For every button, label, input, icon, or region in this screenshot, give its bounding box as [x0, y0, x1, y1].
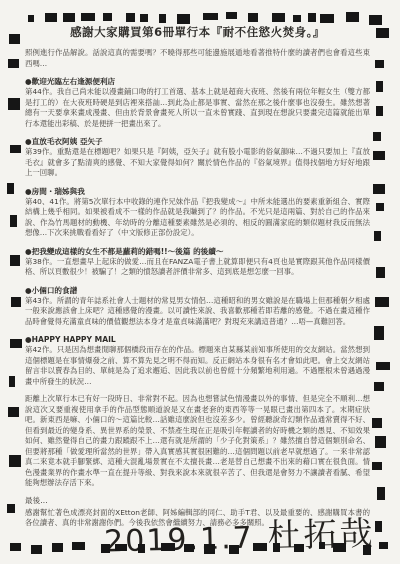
scan-mark	[9, 455, 20, 467]
scan-mark	[184, 544, 195, 552]
scan-mark	[273, 543, 280, 552]
section-room-sister: ●房間・瑞姊與我 第40、41作。將第5次單行本中收錄的連作兄妹作品『把我變成～…	[25, 186, 370, 239]
scan-mark	[103, 13, 112, 22]
scan-mark	[369, 15, 382, 25]
section-sweater-ayako: ●直放毛衣阿姨 亞矢子 第39作。重點還是在標題吧？如果只是『阿姨，亞矢子』就有…	[25, 136, 370, 179]
scan-mark	[101, 544, 109, 553]
scan-mark	[372, 418, 382, 428]
section-body: 第39作。重點還是在標題吧？如果只是『阿姨，亞矢子』就有股小電影的俗氣韻味…不過…	[25, 147, 370, 179]
scan-mark	[373, 151, 386, 160]
scan-mark	[319, 542, 325, 549]
scan-mark	[159, 14, 166, 24]
scan-mark	[374, 326, 384, 339]
scan-mark	[308, 13, 316, 22]
scan-mark	[31, 545, 43, 555]
scan-mark	[375, 60, 384, 67]
scan-mark	[8, 98, 20, 110]
section-loli-sequel: ●把我變成這樣的女生不都是蘿莉的錯嗎!!～後篇 的後續～ 第38作。一直想畫早上…	[25, 246, 370, 278]
section-convenience-store: ●歡迎光臨左右逢源便利店 第44作。我自己尚未能以漫畫鋪口吻的打工首選、基本上就…	[25, 76, 370, 129]
scan-mark	[204, 544, 215, 554]
scan-mark	[81, 13, 95, 22]
section-heading: ●歡迎光臨左右逢源便利店	[25, 76, 370, 87]
scan-mark	[177, 14, 190, 24]
scan-mark	[229, 545, 239, 555]
scan-mark	[10, 255, 20, 265]
scan-mark	[373, 184, 385, 194]
scan-mark	[294, 544, 303, 552]
scan-mark	[346, 12, 359, 22]
handwritten-signature: 2019.1.7杜拓哉	[104, 507, 377, 561]
scan-mark	[373, 132, 381, 141]
scan-mark	[63, 13, 75, 22]
scan-mark	[377, 487, 385, 500]
scan-mark	[203, 13, 218, 20]
scan-mark	[375, 436, 387, 448]
scan-mark	[10, 215, 17, 227]
scan-mark	[115, 544, 127, 552]
scan-mark	[375, 297, 389, 307]
scan-mark	[9, 34, 19, 44]
section-heading: ●把我變成這樣的女生不都是蘿莉的錯嗎!!～後篇 的後續～	[25, 246, 370, 257]
section-body: 第38作。一直想畫早上起床的做愛…而且在FANZA電子書上就算即便只有4頁也是實…	[25, 257, 370, 278]
scan-mark	[72, 542, 85, 550]
scan-mark	[374, 382, 384, 391]
scan-mark	[375, 521, 382, 532]
scan-mark	[293, 15, 301, 22]
scan-mark	[376, 81, 384, 92]
scan-mark	[161, 543, 175, 552]
scan-mark	[226, 12, 237, 19]
scan-mark	[7, 504, 15, 513]
closing-heading: 最後…	[25, 496, 370, 507]
section-body: 第42作。只是因為想畫閒聊那個橋段而存在的作品。標題來自某縣某前知事所使用的交友…	[25, 345, 370, 387]
scan-mark	[248, 13, 258, 21]
scan-mark	[253, 543, 267, 550]
scan-mark	[363, 545, 372, 555]
page-title: 感謝大家購買第6冊單行本『耐不住慾火焚身。』	[25, 24, 370, 40]
scan-mark	[126, 13, 135, 23]
section-heading: ●房間・瑞姊與我	[25, 186, 370, 197]
section-body: 第43作。所謂的青年誌系社會人士題材的常見男女情侶…這種昭和的男女雖說是在職場上…	[25, 296, 370, 328]
section-happy-happy-mail: ●HAPPY HAPPY MAIL 第42作。只是因為想畫閒聊那個橋段而存在的作…	[25, 334, 370, 387]
scan-mark	[8, 407, 19, 417]
afterword-page: 感謝大家購買第6冊單行本『耐不住慾火焚身。』 照例進行作品解說。話說這真的需要嗎…	[0, 0, 400, 564]
scan-mark	[376, 106, 383, 115]
scan-mark	[376, 362, 390, 370]
scan-mark	[10, 145, 21, 153]
scan-mark	[333, 543, 346, 552]
section-body: 第40、41作。將第5次單行本中收錄的連作兄妹作品『把我變成～』中所未能選出的要…	[25, 197, 370, 239]
scan-mark	[9, 376, 16, 386]
section-body: 第44作。我自己尚未能以漫畫鋪口吻的打工首選、基本上就是超商大夜班、然後有兩位年…	[25, 87, 370, 129]
intro-paragraph: 照例進行作品解說。話說這真的需要嗎？不曉得那些可能邊施展遁地看著推特什麼的讀者們…	[25, 48, 370, 69]
section-couple-recipe: ●小倆口的食譜 第43作。所謂的青年誌系社會人士題材的常見男女情侶…這種昭和的男…	[25, 285, 370, 328]
page-content: 感謝大家購買第6冊單行本『耐不住慾火焚身。』 照例進行作品解說。話說這真的需要嗎…	[25, 24, 370, 536]
scan-mark	[374, 231, 381, 241]
section-heading: ●直放毛衣阿姨 亞矢子	[25, 136, 370, 147]
scan-mark	[138, 544, 145, 553]
scan-mark	[379, 542, 388, 549]
scan-mark	[10, 543, 21, 551]
scan-mark	[52, 543, 63, 552]
scan-mark	[45, 13, 57, 21]
scan-mark	[376, 203, 383, 211]
afterword-paragraph: 距離上次單行本已有好一段時日、非常對不起。因為也想嘗試色情漫畫以外的事情、但是完…	[25, 394, 370, 489]
section-heading: ●小倆口的食譜	[25, 285, 370, 296]
scan-mark	[8, 59, 19, 69]
scan-mark	[140, 14, 148, 22]
scan-mark	[376, 28, 389, 38]
section-heading: ●HAPPY HAPPY MAIL	[25, 334, 370, 345]
scan-mark	[11, 297, 21, 307]
scan-mark	[7, 183, 14, 193]
scan-mark	[320, 14, 334, 24]
scan-mark	[376, 267, 384, 279]
scan-mark	[28, 15, 34, 22]
scan-mark	[10, 339, 21, 348]
scan-mark	[372, 462, 382, 470]
scan-mark	[272, 13, 286, 22]
